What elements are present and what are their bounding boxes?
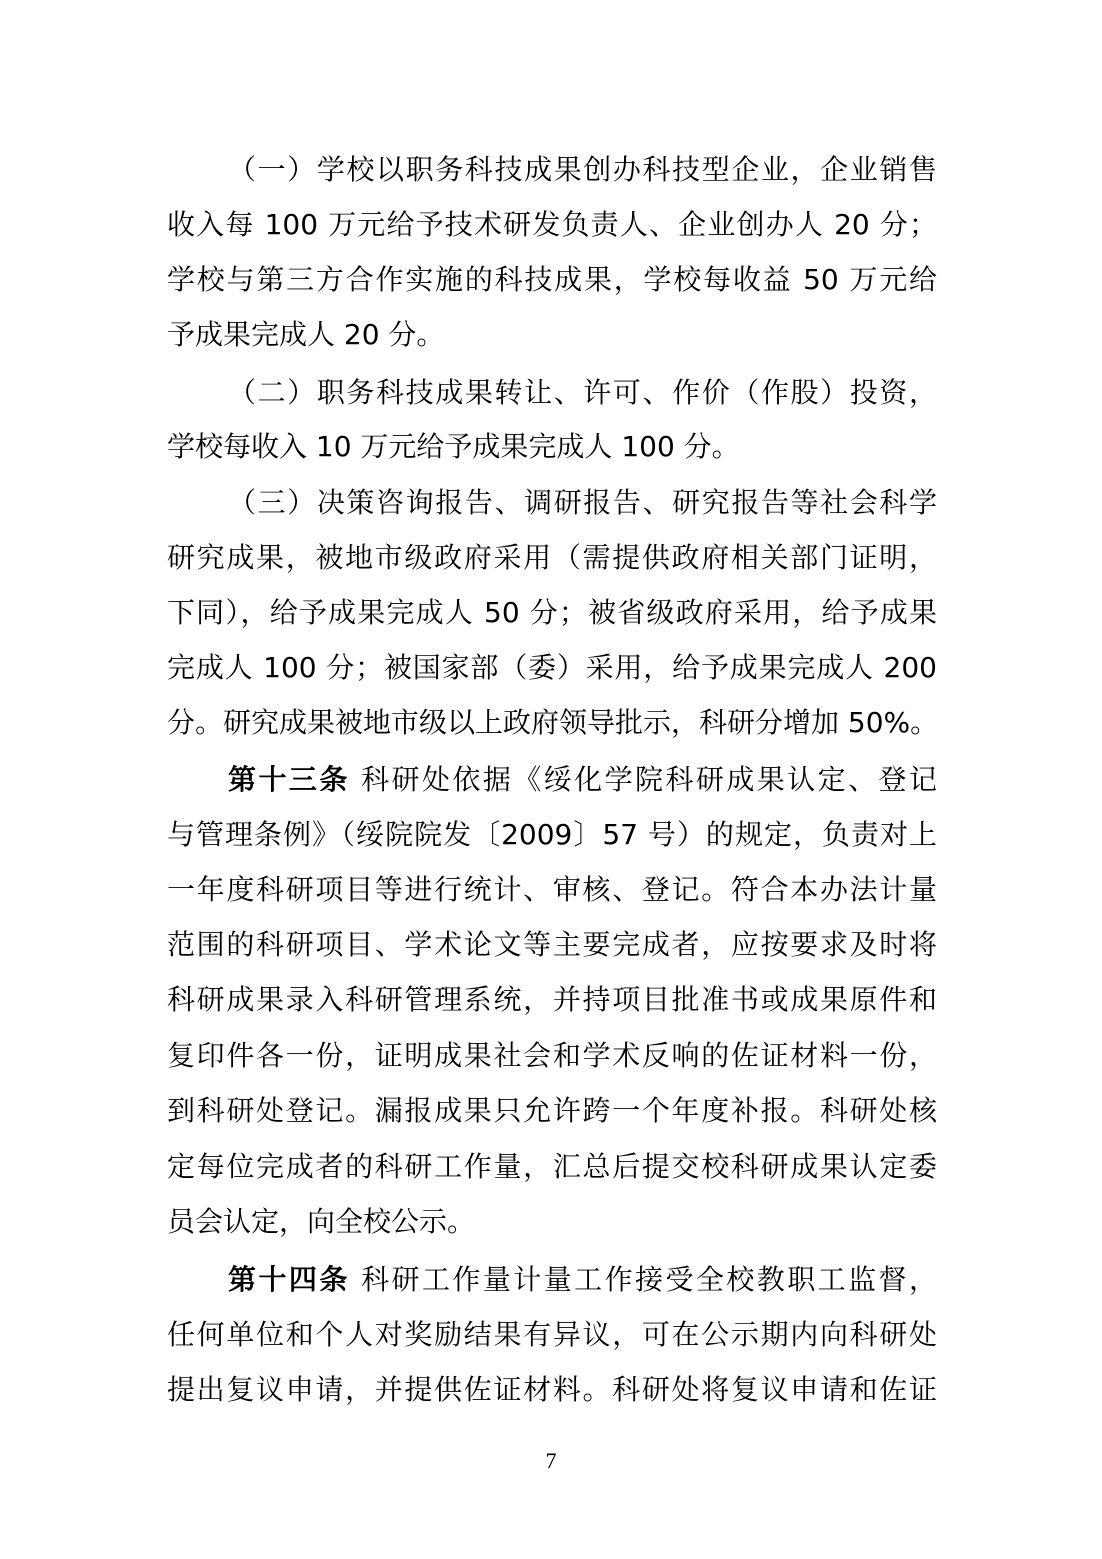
article-13-heading: 第十三条	[228, 763, 350, 796]
article-13-line-1: 第十三条 科研处依据《绥化学院科研成果认定、登记	[228, 760, 937, 800]
article-13-line-2: 与管理条例》（绥院院发〔2009〕57 号）的规定，负责对上	[167, 815, 937, 855]
item-1-line-4: 予成果完成人 20 分。	[167, 315, 937, 355]
article-14-line-1: 第十四条 科研工作量计量工作接受全校教职工监督，	[228, 1260, 937, 1300]
article-14-line-2: 任何单位和个人对奖励结果有异议，可在公示期内向科研处	[167, 1315, 937, 1355]
item-3-line-2: 研究成果，被地市级政府采用（需提供政府相关部门证明，	[167, 538, 937, 578]
article-13-line-5: 科研成果录入科研管理系统，并持项目批准书或成果原件和	[167, 980, 937, 1020]
item-3-line-1: （三）决策咨询报告、调研报告、研究报告等社会科学	[228, 483, 937, 523]
item-3-line-5: 分。研究成果被地市级以上政府领导批示，科研分增加 50%。	[167, 703, 937, 743]
article-13-line-4: 范围的科研项目、学术论文等主要完成者，应按要求及时将	[167, 925, 937, 965]
item-2-line-1: （二）职务科技成果转让、许可、作价（作股）投资，	[228, 373, 937, 413]
item-1-line-3: 学校与第三方合作实施的科技成果，学校每收益 50 万元给	[167, 260, 937, 300]
article-13-line-7: 到科研处登记。漏报成果只允许跨一个年度补报。科研处核	[167, 1091, 937, 1131]
article-13-line-3: 一年度科研项目等进行统计、审核、登记。符合本办法计量	[167, 870, 937, 910]
article-13-line-8: 定每位完成者的科研工作量，汇总后提交校科研成果认定委	[167, 1147, 937, 1187]
item-1-line-1: （一）学校以职务科技成果创办科技型企业，企业销售	[228, 150, 937, 190]
item-3-line-4: 完成人 100 分；被国家部（委）采用，给予成果完成人 200	[167, 648, 937, 688]
item-3-line-3: 下同），给予成果完成人 50 分；被省级政府采用，给予成果	[167, 593, 937, 633]
article-13-text-1: 科研处依据《绥化学院科研成果认定、登记	[361, 763, 937, 796]
article-13-line-9: 员会认定，向全校公示。	[167, 1202, 937, 1242]
page-number: 7	[0, 1448, 1102, 1474]
article-13-line-6: 复印件各一份，证明成果社会和学术反响的佐证材料一份，	[167, 1036, 937, 1076]
article-14-heading: 第十四条	[228, 1263, 350, 1296]
article-14-text-1: 科研工作量计量工作接受全校教职工监督，	[361, 1263, 937, 1296]
item-1-line-2: 收入每 100 万元给予技术研发负责人、企业创办人 20 分；	[167, 205, 937, 245]
item-2-line-2: 学校每收入 10 万元给予成果完成人 100 分。	[167, 427, 937, 467]
document-page: （一）学校以职务科技成果创办科技型企业，企业销售 收入每 100 万元给予技术研…	[0, 0, 1102, 1559]
article-14-line-3: 提出复议申请，并提供佐证材料。科研处将复议申请和佐证	[167, 1370, 937, 1410]
